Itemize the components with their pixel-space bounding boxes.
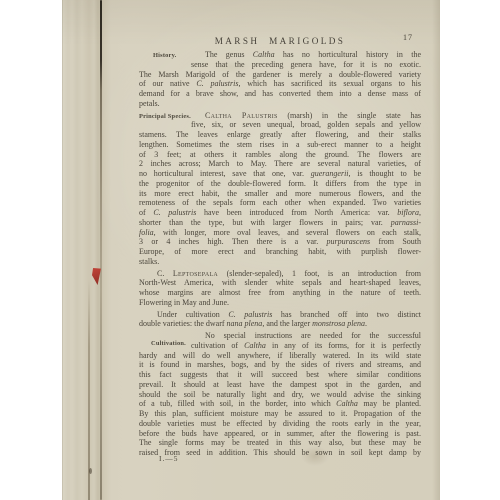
text-line: 2 inches across; March to May. There are… [139,159,421,169]
text-line: no horticultural interest, save that one… [139,169,421,179]
text-line: of C. palustris have been introduced fro… [139,208,421,218]
text-line: of a tub, filled with soil, in the borde… [139,399,421,409]
text-line: demand for a brave show, and has convert… [139,89,421,99]
italic-text: nana plena [227,319,263,328]
small-caps-text: Leptosepala [173,269,218,278]
text-line: the progenitor of the double-flowered fo… [139,179,421,189]
italic-text: biflora [397,208,419,217]
italic-text: monstrosa plena [312,319,365,328]
text-line: should the soil be naturally light and d… [139,390,421,400]
text-line: before the buds have appeared, or in sum… [139,429,421,439]
text-line: folia, with longer, more oval leaves, an… [139,228,421,238]
text-line: The Marsh Marigold of the gardener is me… [139,70,421,80]
running-title: MARSH MARIGOLDS [215,36,346,46]
text-line: The single forms may be treated in this … [139,438,421,448]
text-line: The genus Caltha has no horticultural hi… [139,50,421,60]
paragraph: History.The genus Caltha has no horticul… [139,50,421,109]
text-line: sense that the preceding genera have, fo… [139,60,421,70]
text-line: hardy and will do well anywhere, if libe… [139,351,421,361]
text-block: History.The genus Caltha has no horticul… [139,50,421,458]
page-header: MARSH MARIGOLDS 17 [139,31,421,49]
text-line: shorter than the type, but with larger f… [139,218,421,228]
italic-text: Caltha [253,50,275,59]
italic-text: guerangerii [311,169,349,178]
text-line: this fact suggests that it will succeed … [139,370,421,380]
italic-text: parnassi- [391,218,421,227]
paragraph: Cultivation.No special instructions are … [139,331,421,458]
italic-text: C. palustris [228,310,272,319]
page-number: 17 [403,33,413,42]
italic-text: folia [139,228,154,237]
text-line: stalks. [139,257,421,267]
margin-note: Principal Species. [139,112,191,122]
paragraph: Principal Species.Caltha Palustris (mars… [139,111,421,267]
text-line: five, six, or seven unequal, broad, gold… [139,120,421,130]
text-line: it is found in marshes, bogs, and by the… [139,360,421,370]
italic-text: C. palustris [153,208,196,217]
edge-speck [89,468,92,474]
page-edge-line [88,280,90,500]
italic-text: C. palustris [196,79,238,88]
text-line: raised from seed in addition. This shoul… [139,448,421,458]
text-line: of 3 feet; at others it rambles along th… [139,150,421,160]
paragraph: Under cultivation C. palustris has branc… [139,310,421,330]
text-line: petals. [139,99,421,109]
small-caps-text: Caltha Palustris [205,111,278,120]
paragraph: C. Leptosepala (slender-sepaled), 1 foot… [139,269,421,308]
text-line: prevail. It should at least have the dam… [139,380,421,390]
italic-text: Caltha [244,341,266,350]
italic-text: Caltha [336,399,358,408]
italic-text: purpurascens [327,237,371,246]
text-line: its more erect habit, the smaller and mo… [139,189,421,199]
text-line: 3 or 4 inches high. Then there is a var.… [139,237,421,247]
text-line: of our native C. palustris, which has sa… [139,79,421,89]
text-line: Europe, of more erect and branching habi… [139,247,421,257]
margin-note: Cultivation. [151,339,186,349]
text-line: North-West America, with slender white s… [139,278,421,288]
text-line: Under cultivation C. palustris has branc… [139,310,421,320]
text-line: whose margins are almost free from anyth… [139,288,421,298]
book-page: MARSH MARIGOLDS 17 History.The genus Cal… [62,0,440,500]
text-line: C. Leptosepala (slender-sepaled), 1 foot… [139,269,421,279]
gutter-shadow-line [100,0,102,500]
text-line: lengthen. Sometimes the stem rises in a … [139,140,421,150]
text-line: double varieties must be effected by div… [139,419,421,429]
margin-note: History. [153,51,176,61]
text-line: double varieties: the dwarf nana plena, … [139,319,421,329]
text-line: By this plan, sufficient moisture may be… [139,409,421,419]
text-line: stamens. The leaves enlarge greatly afte… [139,130,421,140]
signature-mark: I.—5 [159,454,178,463]
text-line: remoteness of the sepals form each other… [139,198,421,208]
text-line: Flowering in May and June. [139,298,421,308]
